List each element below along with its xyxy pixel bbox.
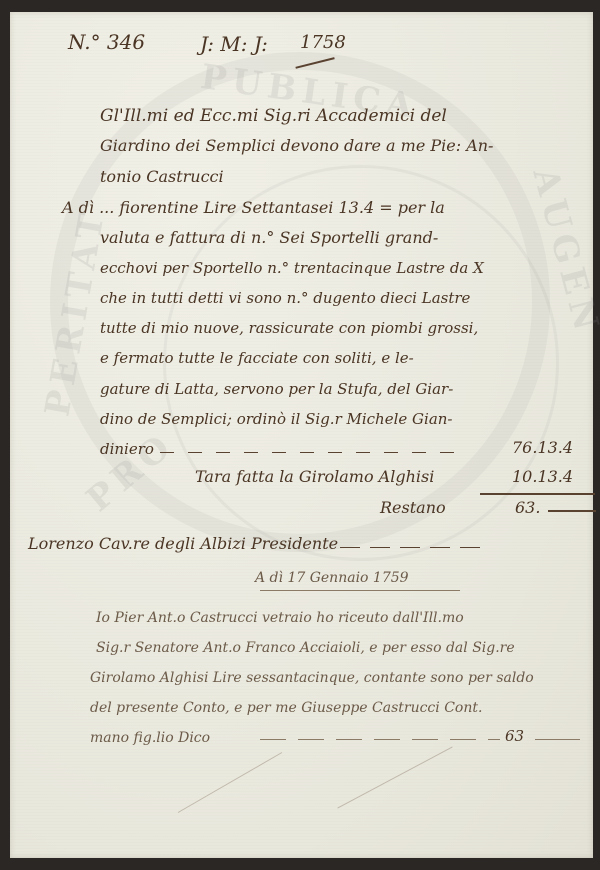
document-number: N.° 346 <box>68 30 145 54</box>
signatory-dash <box>340 547 480 548</box>
body-line-12: diniero <box>100 440 154 458</box>
receipt-line-1: Io Pier Ant.o Castrucci vetraio ho riceu… <box>96 610 464 626</box>
header-year: 1758 <box>300 32 346 53</box>
receipt-amount: 63 <box>505 727 524 745</box>
body-line-9: e fermato tutte le facciate con soliti, … <box>100 349 414 367</box>
ledger-sum-rule <box>480 493 595 495</box>
bleed-stroke-1 <box>178 752 282 813</box>
receipt-line-2: Sig.r Senatore Ant.o Franco Acciaioli, e… <box>96 640 515 656</box>
date-underline <box>260 590 460 591</box>
ledger-deduction: 10.13.4 <box>512 467 573 486</box>
ledger-total: 76.13.4 <box>512 438 573 457</box>
body-line-8: tutte di mio nuove, rassicurate con piom… <box>100 319 478 337</box>
invocation: J: M: J: <box>200 32 268 56</box>
body-line-6: ecchovi per Sportello n.° trentacinque L… <box>100 259 484 277</box>
signatory-line: Lorenzo Cav.re degli Albizi Presidente <box>28 534 338 553</box>
receipt-dash <box>260 739 500 740</box>
body-line-3: tonio Castrucci <box>100 167 224 186</box>
bleed-stroke-2 <box>337 747 452 809</box>
receipt-line-3: Girolamo Alghisi Lire sessantacinque, co… <box>90 670 534 686</box>
body-line-10: gature di Latta, servono per la Stufa, d… <box>100 380 453 398</box>
body-line-5: valuta e fattura di n.° Sei Sportelli gr… <box>100 228 438 247</box>
ledger-remainder: 63. <box>515 498 540 517</box>
remainder-label: Restano <box>380 498 446 517</box>
receipt-amount-dash <box>535 739 580 740</box>
remainder-dash <box>548 510 596 512</box>
dash-filler-line <box>160 452 460 453</box>
body-line-2: Giardino dei Semplici devono dare a me P… <box>100 136 493 155</box>
deduction-label: Tara fatta la Girolamo Alghisi <box>195 467 434 486</box>
body-line-4: A dì ... fiorentine Lire Settantasei 13.… <box>62 198 445 217</box>
receipt-line-5: mano fig.lio Dico <box>90 730 210 746</box>
manuscript-page: PUBLICA AUGEN PERITAT PRO N.° 346 J: M: … <box>10 12 593 858</box>
body-line-1: Gl'Ill.mi ed Ecc.mi Sig.ri Accademici de… <box>100 106 447 126</box>
body-line-11: dino de Semplici; ordinò il Sig.r Michel… <box>100 410 453 428</box>
date-line: A dì 17 Gennaio 1759 <box>255 570 409 586</box>
body-line-7: che in tutti detti vi sono n.° dugento d… <box>100 289 470 307</box>
receipt-line-4: del presente Conto, e per me Giuseppe Ca… <box>90 700 482 716</box>
